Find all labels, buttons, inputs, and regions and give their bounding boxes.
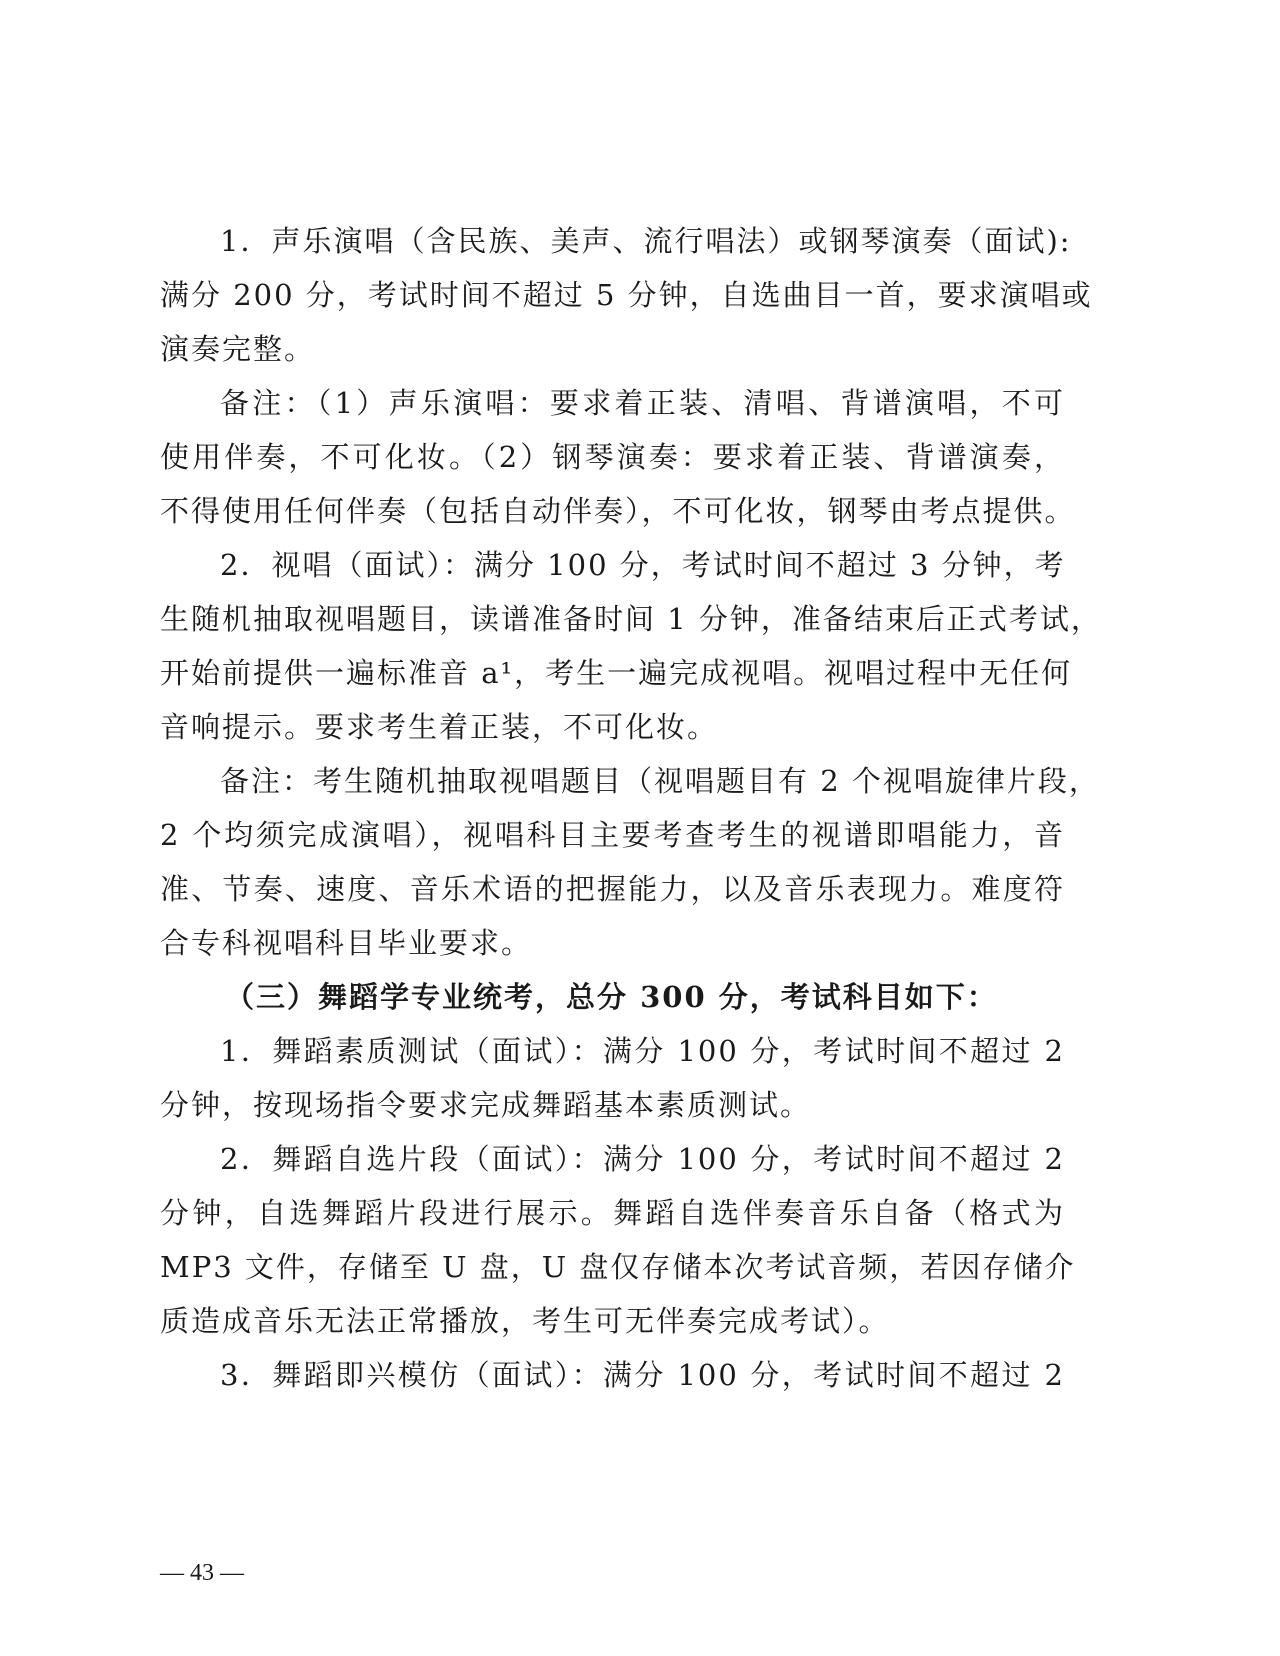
text-line: 开始前提供一遍标准音 a¹，考生一遍完成视唱。视唱过程中无任何 bbox=[160, 646, 1065, 700]
text-line: 演奏完整。 bbox=[160, 322, 1065, 376]
document-page: 1．声乐演唱（含民族、美声、流行唱法）或钢琴演奏（面试):满分 200 分，考试… bbox=[0, 0, 1280, 1656]
text-line: 3．舞蹈即兴模仿（面试）：满分 100 分，考试时间不超过 2 bbox=[220, 1348, 1065, 1402]
text-line: 音响提示。要求考生着正装，不可化妆。 bbox=[160, 700, 1065, 754]
text-line: 1．声乐演唱（含民族、美声、流行唱法）或钢琴演奏（面试): bbox=[220, 214, 1065, 268]
text-line: 备注：考生随机抽取视唱题目（视唱题目有 2 个视唱旋律片段， bbox=[220, 754, 1065, 808]
text-line: 备注：（1）声乐演唱：要求着正装、清唱、背谱演唱，不可 bbox=[220, 376, 1065, 430]
text-line: 准、节奏、速度、音乐术语的把握能力，以及音乐表现力。难度符 bbox=[160, 862, 1065, 916]
page-number: — 43 — bbox=[160, 1558, 244, 1588]
section-heading: （三）舞蹈学专业统考，总分 300 分，考试科目如下： bbox=[225, 970, 965, 1024]
text-line: 2．舞蹈自选片段（面试）：满分 100 分，考试时间不超过 2 bbox=[220, 1132, 1065, 1186]
text-line: 使用伴奏，不可化妆。（2）钢琴演奏：要求着正装、背谱演奏， bbox=[160, 430, 1065, 484]
text-line: 生随机抽取视唱题目，读谱准备时间 1 分钟，准备结束后正式考试， bbox=[160, 592, 1065, 646]
text-line: MP3 文件，存储至 U 盘，U 盘仅存储本次考试音频，若因存储介 bbox=[160, 1240, 1065, 1294]
text-line: 不得使用任何伴奏（包括自动伴奏），不可化妆，钢琴由考点提供。 bbox=[160, 484, 1065, 538]
text-line: 2 个均须完成演唱），视唱科目主要考查考生的视谱即唱能力，音 bbox=[160, 808, 1065, 862]
text-line: 分钟，按现场指令要求完成舞蹈基本素质测试。 bbox=[160, 1078, 1065, 1132]
text-line: 2．视唱（面试）：满分 100 分，考试时间不超过 3 分钟，考 bbox=[220, 538, 1065, 592]
text-line: 质造成音乐无法正常播放，考生可无伴奏完成考试）。 bbox=[160, 1294, 1065, 1348]
text-line: 合专科视唱科目毕业要求。 bbox=[160, 916, 1065, 970]
text-line: 分钟，自选舞蹈片段进行展示。舞蹈自选伴奏音乐自备（格式为 bbox=[160, 1186, 1065, 1240]
text-line: 满分 200 分，考试时间不超过 5 分钟，自选曲目一首，要求演唱或 bbox=[160, 268, 1065, 322]
text-line: 1．舞蹈素质测试（面试）：满分 100 分，考试时间不超过 2 bbox=[220, 1024, 1065, 1078]
